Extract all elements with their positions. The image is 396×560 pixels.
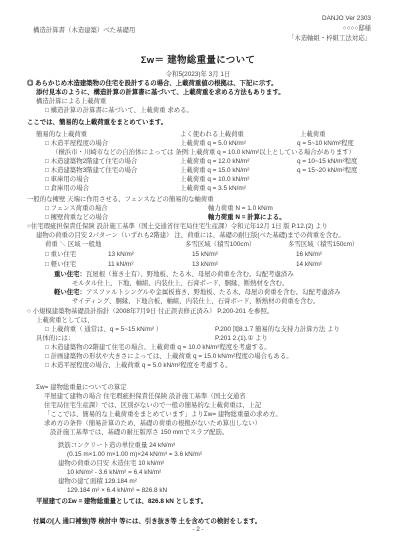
doc-line: Σw= 建物総重量についての算定 — [0, 383, 396, 392]
doc-text: □ 計画建築物の形状や大きさによっては、上載荷重 q = 15.0 kN/m²程… — [45, 352, 293, 361]
doc-line: 平屋建て建物の場合 住宅瑕疵担保責任保険 設計施工基準（国土交通省 — [0, 392, 396, 401]
doc-text: 添付見本のように、構造計算の計算書に基づいて、上載荷重を求める方法もあります。 — [36, 88, 285, 97]
doc-text: 建物の荷重の目安 2パターン（いずれも2階建） 注、荷重には、基礎の耐圧版(べた… — [36, 231, 345, 240]
doc-line: 129.184 m² × 6.4 kN/m² = 826.8 kN — [0, 486, 396, 495]
doc-text: P.201 2.(1).① より — [215, 334, 268, 343]
doc-text: q = 15~20 kN/m²程度 — [297, 166, 357, 175]
doc-text: ◎ あらかじめ木造建築物の住宅を設計するの場合、上載荷重値の根拠は、下記に示す。 — [27, 79, 278, 88]
doc-text: □ 軽い住宅 — [45, 260, 76, 269]
doc-line: 具体的には：P.201 2.(1).① より — [0, 334, 396, 343]
doc-text: 14 kN/m² — [296, 260, 322, 269]
doc-line: 平屋建てのΣw = 建物総重量としては、826.8 kN とします。 — [0, 497, 396, 506]
doc-line: 「ここでは、簡易的な上載荷重をまとめています」よりΣw= 建物総重量の求め方。 — [0, 410, 396, 419]
doc-text: ○住宅瑕疵担保責任保険 設計施工基準（国土交通省住宅局住宅生産課）令和元年12月… — [27, 222, 328, 231]
doc-line: 付属の[人 通口補強]等 検討中 等には、引き抜き等 土を含めての検討をします。 — [0, 517, 396, 526]
doc-text: □ 木造平屋程度の場合 — [45, 139, 108, 148]
doc-text: 建物の建て面積 129.184 m² — [58, 477, 137, 486]
doc-text: □ 倉庫用の場合 — [45, 184, 89, 193]
doc-text: 16 kN/m² — [296, 250, 322, 259]
doc-text: □ 重い住宅 — [45, 250, 76, 259]
doc-text: 上載荷重 q = 12.0 kN/m² — [180, 157, 249, 166]
doc-line: 簡易的な上載荷重よく使われる上載荷重上載荷重 — [0, 130, 396, 139]
doc-text: □ 木造平屋程度の場合、上載荷重 q = 5.0 kN/m²程度を考慮する。 — [45, 361, 232, 370]
doc-line: □ 木造平屋程度の場合、上載荷重 q = 5.0 kN/m²程度を考慮する。 — [0, 361, 396, 370]
doc-line: 重い住宅：瓦屋根（葺き土有）、野地板、たる木、母屋の荷重を含む。勾配考慮済み — [0, 270, 396, 279]
doc-text: □ 木造建築物の2階建て住宅の場合、上載荷重 q = 10.0 kN/m²程度を… — [45, 343, 271, 352]
doc-line: 住宅局住宅生産課）では、区別がないので一般の簡易的な上載荷重は、上記 — [0, 401, 396, 410]
doc-text: □ 上載荷重（ 通常は、q = 5~15 kN/m² ） — [45, 325, 162, 334]
doc-text: 13 kN/m² — [192, 260, 218, 269]
doc-text: 具体的には： — [36, 334, 74, 343]
doc-line: 建物の荷重の目安 木造住宅 10 kN/m² — [0, 459, 396, 468]
doc-line: ○住宅瑕疵担保責任保険 設計施工基準（国土交通省住宅局住宅生産課）令和元年12月… — [0, 222, 396, 231]
document-page: 構造計算書（木造建築）べた基礎用 DANJO Ver 2303 ○○○○邸様 「… — [0, 0, 396, 560]
doc-line: 構造計算による上載荷重 — [0, 97, 396, 106]
doc-line: 上載荷重としては、 — [0, 316, 396, 325]
doc-text: 129.184 m² × 6.4 kN/m² = 826.8 kN — [67, 486, 167, 495]
doc-line: □ 構造計算の計算書に基づいて、上載荷重 求める。 — [0, 106, 396, 115]
doc-text: 軸力荷重 N = 計算による。 — [208, 213, 286, 222]
doc-line: □ 倉庫用の場合上載荷重 q = 3.5 kN/m² — [0, 184, 396, 193]
doc-text: 軸力荷重 N = 1.0 kN/m — [208, 204, 273, 213]
doc-text: 荷重 ＼ 区域 一般地 — [45, 240, 101, 249]
doc-line: □ 計画建築物の形状や大きさによっては、上載荷重 q = 15.0 kN/m²程… — [0, 352, 396, 361]
doc-text: 上載荷重 — [300, 130, 326, 139]
doc-line: （横浜市・川崎市などの自治体によっては 条例:上載荷重 q = 10.0 kN/… — [0, 148, 396, 157]
doc-text: 簡易的な上載荷重 — [36, 130, 87, 139]
doc-line: □ 上載荷重（ 通常は、q = 5~15 kN/m² ）P.200 図8.1.7… — [0, 325, 396, 334]
doc-line: ここでは、簡易的な上載荷重をまとめています。 — [0, 118, 396, 127]
doc-text: □ フェンス荷重の場合 — [45, 204, 108, 213]
doc-text: ここでは、簡易的な上載荷重をまとめています。 — [27, 118, 167, 127]
doc-text: 上載荷重 q = 10.0 kN/m² — [180, 175, 249, 184]
doc-text: 軽い住宅： — [54, 288, 86, 297]
doc-line: ◎ あらかじめ木造建築物の住宅を設計するの場合、上載荷重値の根拠は、下記に示す。 — [0, 79, 396, 88]
doc-text: ○ 小規模建築物基礎設計指針（2008年7月9日 付正誤表修正済み） P.200… — [27, 307, 273, 316]
doc-line: □ フェンス荷重の場合軸力荷重 N = 1.0 kN/m — [0, 204, 396, 213]
doc-text: 上載荷重としては、 — [36, 316, 94, 325]
doc-text: 平屋建てのΣw = 建物総重量としては、826.8 kN とします。 — [36, 497, 207, 506]
doc-line: 建物の荷重の目安 2パターン（いずれも2階建） 注、荷重には、基礎の耐圧版(べた… — [0, 231, 396, 240]
doc-text: アスファルトシングルや金属板葺き、野地板、たる木、母屋の荷重を含む。勾配考慮済み — [86, 288, 341, 297]
doc-line: 一般的な擁壁 天端に作用させる、フェンスなどの簡易的な軸荷重 — [0, 195, 396, 204]
doc-text: q = 10~15 kN/m²程度 — [297, 157, 357, 166]
doc-line: 添付見本のように、構造計算の計算書に基づいて、上載荷重を求める方法もあります。 — [0, 88, 396, 97]
doc-text: 重い住宅： — [54, 270, 86, 279]
doc-line: □ 重い住宅13 kN/m²15 kN/m²16 kN/m² — [0, 250, 396, 259]
doc-text: q = 5~10 kN/m²程度 — [297, 139, 354, 148]
doc-text: 平屋建て建物の場合 住宅瑕疵担保責任保険 設計施工基準（国土交通省 — [44, 392, 246, 401]
doc-text: □ 構造計算の計算書に基づいて、上載荷重 求める。 — [45, 106, 193, 115]
doc-line: 鉄筋コンクリート造の単位重量 24 kN/m³ — [0, 441, 396, 450]
doc-text: 求め方の条件（簡易計算のため、基礎の荷重の根拠がないため算出しない） — [44, 419, 261, 428]
page-number: - 2 - — [0, 526, 396, 533]
doc-text: 13 kN/m² — [108, 250, 134, 259]
doc-text: P.200 図8.1.7 簡易的な支持力計算方法 より — [215, 325, 340, 334]
doc-text: 建物の荷重の目安 木造住宅 10 kN/m² — [58, 459, 164, 468]
doc-line: □ 木造建築物3階建て住宅の場合上載荷重 q = 15.0 kN/m²q = 1… — [0, 166, 396, 175]
doc-text: □ 擁壁荷重などの場合 — [45, 213, 108, 222]
doc-text: 上載荷重 q = 15.0 kN/m² — [180, 166, 249, 175]
doc-text: 一般的な擁壁 天端に作用させる、フェンスなどの簡易的な軸荷重 — [27, 195, 214, 204]
doc-line: サイディング、胴縁、下地合板、軸組、内装仕上、石膏ボード、断熱材の荷重を含む。 — [0, 297, 396, 306]
doc-text: □ 木造建築物3階建て住宅の場合 — [45, 166, 137, 175]
doc-text: □ 車庫用の場合 — [45, 175, 89, 184]
doc-text: 10 kN/m² - 3.6 kN/m² = 6.4 kN/m² — [67, 468, 161, 477]
doc-line: □ 擁壁荷重などの場合軸力荷重 N = 計算による。 — [0, 213, 396, 222]
doc-text: （横浜市・川崎市などの自治体によっては 条例:上載荷重 q = 10.0 kN/… — [52, 148, 355, 157]
doc-text: 上載荷重 q = 3.5 kN/m² — [180, 184, 246, 193]
doc-text: 「ここでは、簡易的な上載荷重をまとめています」よりΣw= 建物総重量の求め方。 — [44, 410, 282, 419]
doc-text: Σw= 建物総重量についての算定 — [36, 383, 127, 392]
doc-text: 構造計算による上載荷重 — [36, 97, 106, 106]
doc-text: 多雪区域（積雪150cm） — [288, 240, 358, 249]
doc-text: □ 木造建築物2階建て住宅の場合 — [45, 157, 137, 166]
doc-line: ○ 小規模建築物基礎設計指針（2008年7月9日 付正誤表修正済み） P.200… — [0, 307, 396, 316]
doc-line: □ 車庫用の場合上載荷重 q = 10.0 kN/m² — [0, 175, 396, 184]
doc-text: (0.15 m×1.00 m×1.00 m)×24 kN/m³ = 3.6 kN… — [67, 450, 202, 459]
doc-text: 上載荷重 q = 5.0 kN/m² — [180, 139, 246, 148]
document-lines: ◎ あらかじめ木造建築物の住宅を設計するの場合、上載荷重値の根拠は、下記に示す。… — [0, 0, 396, 560]
doc-text: 設計施工基準では、基礎の耐圧版厚さ 150 mmでスラブ配筋。 — [50, 428, 228, 437]
doc-text: 瓦屋根（葺き土有）、野地板、たる木、母屋の荷重を含む。勾配考慮済み — [86, 270, 294, 279]
doc-line: モルタル仕上、下地、軸組、内装仕上、石膏ボード、胴縁、断熱材を含む。 — [0, 279, 396, 288]
doc-text: 11 kN/m² — [108, 260, 133, 269]
doc-text: モルタル仕上、下地、軸組、内装仕上、石膏ボード、胴縁、断熱材を含む。 — [72, 279, 288, 288]
doc-line: 求め方の条件（簡易計算のため、基礎の荷重の根拠がないため算出しない） — [0, 419, 396, 428]
doc-text: 付属の[人 通口補強]等 検討中 等には、引き抜き等 土を含めての検討をします。 — [33, 517, 261, 526]
doc-line: 10 kN/m² - 3.6 kN/m² = 6.4 kN/m² — [0, 468, 396, 477]
doc-text: サイディング、胴縁、下地合板、軸組、内装仕上、石膏ボード、断熱材の荷重を含む。 — [72, 297, 319, 306]
doc-line: 荷重 ＼ 区域 一般地多雪区域（積雪100cm）多雪区域（積雪150cm） — [0, 240, 396, 249]
doc-line: □ 軽い住宅11 kN/m²13 kN/m²14 kN/m² — [0, 260, 396, 269]
doc-line: 建物の建て面積 129.184 m² — [0, 477, 396, 486]
doc-line: 軽い住宅：アスファルトシングルや金属板葺き、野地板、たる木、母屋の荷重を含む。勾… — [0, 288, 396, 297]
doc-line: □ 木造建築物2階建て住宅の場合上載荷重 q = 12.0 kN/m²q = 1… — [0, 157, 396, 166]
doc-text: 多雪区域（積雪100cm） — [185, 240, 255, 249]
doc-text: よく使われる上載荷重 — [180, 130, 244, 139]
doc-text: 鉄筋コンクリート造の単位重量 24 kN/m³ — [58, 441, 175, 450]
doc-text: 15 kN/m² — [192, 250, 218, 259]
doc-text: 住宅局住宅生産課）では、区別がないので一般の簡易的な上載荷重は、上記 — [44, 401, 261, 410]
doc-line: 設計施工基準では、基礎の耐圧版厚さ 150 mmでスラブ配筋。 — [0, 428, 396, 437]
doc-line: □ 木造平屋程度の場合上載荷重 q = 5.0 kN/m²q = 5~10 kN… — [0, 139, 396, 148]
doc-line: (0.15 m×1.00 m×1.00 m)×24 kN/m³ = 3.6 kN… — [0, 450, 396, 459]
doc-line: □ 木造建築物の2階建て住宅の場合、上載荷重 q = 10.0 kN/m²程度を… — [0, 343, 396, 352]
